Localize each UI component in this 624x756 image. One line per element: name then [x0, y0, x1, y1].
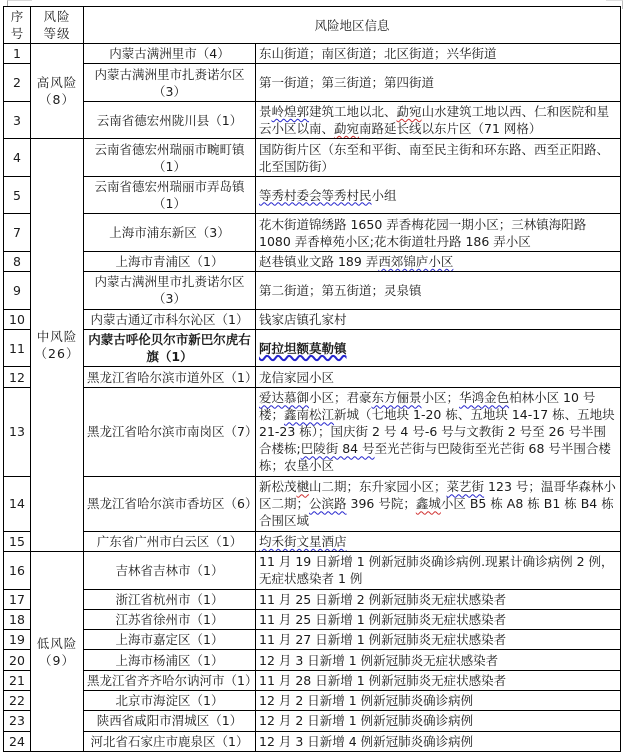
table-row: 11内蒙古呼伦贝尔市新巴尔虎右旗（1）阿拉坦额莫勒镇 [4, 329, 621, 367]
table-row: 16低风险 （9）吉林省吉林市（1）11 月 19 日新增 1 例新冠肺炎确诊病… [4, 552, 621, 590]
header-row: 序 号 风险 等级 风险地区信息 [4, 7, 621, 44]
header-risk-level: 风险 等级 [31, 7, 84, 44]
row-number-cell: 3 [4, 101, 31, 139]
region-name-cell: 黑龙江省齐齐哈尔讷河市（1） [84, 670, 256, 690]
info-text-segment: 巴陵街 84 号 [301, 441, 375, 456]
info-cell: 爱达慕御小区；君豪东方俪景小区；华鸿金色柏林小区 10 号楼；鑫南松江新城（七地… [256, 387, 621, 476]
row-number-cell: 1 [4, 44, 31, 64]
region-name-cell: 河北省石家庄市鹿泉区（1） [84, 731, 256, 751]
info-text-segment: 赵巷镇业文路 189 弄 [259, 254, 378, 269]
region-name-cell: 上海市浦东新区（3） [84, 214, 256, 252]
document-page: 序 号 风险 等级 风险地区信息 1高风险 （8）内蒙古满洲里市（4）东山街道；… [0, 0, 624, 756]
info-text-segment: 小组 [372, 188, 397, 203]
region-name-cell: 上海市嘉定区（1） [84, 630, 256, 650]
info-text-segment: 12 月 3 日新增 4 例新冠肺炎确诊病例 [259, 734, 473, 749]
info-text-segment: 第一街道；第三街道；第四街道 [259, 75, 434, 90]
info-cell: 12 月 3 日新增 4 例新冠肺炎确诊病例 [256, 731, 621, 751]
info-text-segment: 山二期；东升家园小区； [309, 479, 447, 494]
table-row: 21黑龙江省齐齐哈尔讷河市（1）11 月 28 日新增 1 例新冠肺炎无症状感染… [4, 670, 621, 690]
table-row: 24河北省石家庄市鹿泉区（1）12 月 3 日新增 4 例新冠肺炎确诊病例 [4, 731, 621, 751]
table-row: 15广东省广州市白云区（1）均禾街文星酒店 [4, 531, 621, 551]
info-text-segment: 花木街道锦绣路 1650 弄香梅花园一期小区；三林镇海阳路 1080 弄香樟苑小… [259, 217, 586, 249]
info-text-segment: 南路延长线以东片区（71 网格） [359, 121, 541, 136]
region-name-cell: 云南省德宏州陇川县（1） [84, 101, 256, 139]
info-cell: 钱家店镇孔家村 [256, 309, 621, 329]
region-name-cell: 云南省德宏州瑞丽市畹町镇（1） [84, 139, 256, 177]
row-number-cell: 23 [4, 711, 31, 731]
header-risk-area-info: 风险地区信息 [84, 7, 621, 44]
region-name-cell: 广东省广州市白云区（1） [84, 531, 256, 551]
info-text-segment: 建筑工地以北、 [309, 104, 397, 119]
region-name-cell: 内蒙古满洲里市（4） [84, 44, 256, 64]
region-name-cell: 上海市杨浦区（1） [84, 650, 256, 670]
region-name-cell: 黑龙江省哈尔滨市香坊区（6） [84, 476, 256, 531]
row-number-cell: 13 [4, 387, 31, 476]
info-text-segment: 12 月 2 日新增 1 例新冠肺炎确诊病例 [259, 693, 473, 708]
info-text-segment: 11 月 25 日新增 1 例新冠肺炎无症状感染者 [259, 612, 506, 627]
info-cell: 新松茂樾山二期；东升家园小区；菜艺街 123 号；温哥华森林小区二期；公滨路 3… [256, 476, 621, 531]
table-row: 1高风险 （8）内蒙古满洲里市（4）东山街道；南区街道；北区街道；兴华街道 [4, 44, 621, 64]
row-number-cell: 12 [4, 367, 31, 387]
row-number-cell: 9 [4, 272, 31, 310]
info-text-segment: 鑫城 [416, 496, 441, 511]
info-text-segment: 新松茂 [259, 479, 297, 494]
risk-area-table: 序 号 风险 等级 风险地区信息 1高风险 （8）内蒙古满洲里市（4）东山街道；… [3, 6, 621, 752]
risk-level-cell: 高风险 （8） [31, 44, 84, 139]
row-number-cell: 2 [4, 64, 31, 102]
info-text-segment: 华鸿金色 [459, 390, 509, 405]
region-name-cell: 上海市青浦区（1） [84, 251, 256, 271]
info-text-segment: 东山街道；南区街道；北区街道；兴华街道 [259, 46, 497, 61]
info-text-segment: 景 [259, 104, 272, 119]
region-name-cell: 黑龙江省哈尔滨市南岗区（7） [84, 387, 256, 476]
table-row: 2内蒙古满洲里市扎赉诺尔区（3）第一街道；第三街道；第四街道 [4, 64, 621, 102]
table-row: 13黑龙江省哈尔滨市南岗区（7）爱达慕御小区；君豪东方俪景小区；华鸿金色柏林小区… [4, 387, 621, 476]
region-name-cell: 内蒙古满洲里市扎赉诺尔区（3） [84, 272, 256, 310]
info-text-segment: 岭煌郭 [272, 104, 310, 119]
region-name-cell: 内蒙古呼伦贝尔市新巴尔虎右旗（1） [84, 329, 256, 367]
row-number-cell: 10 [4, 309, 31, 329]
table-row: 17浙江省杭州市（1）11 月 25 日新增 2 例新冠肺炎无症状感染者 [4, 589, 621, 609]
info-cell: 12 月 2 日新增 1 例新冠肺炎确诊病例 [256, 690, 621, 710]
row-number-cell: 16 [4, 552, 31, 590]
info-cell: 赵巷镇业文路 189 弄西郊锦庐小区 [256, 251, 621, 271]
row-number-cell: 22 [4, 690, 31, 710]
region-name-cell: 浙江省杭州市（1） [84, 589, 256, 609]
info-cell: 11 月 25 日新增 2 例新冠肺炎无症状感染者 [256, 589, 621, 609]
header-serial-number: 序 号 [4, 7, 31, 44]
row-number-cell: 19 [4, 630, 31, 650]
region-name-cell: 黑龙江省哈尔滨市道外区（1） [84, 367, 256, 387]
row-number-cell: 17 [4, 589, 31, 609]
region-name-cell: 江苏省徐州市（1） [84, 609, 256, 629]
region-name-cell: 云南省德宏州瑞丽市弄岛镇（1） [84, 176, 256, 214]
info-text-segment: 11 月 28 日新增 1 例新冠肺炎无症状感染者 [259, 673, 506, 688]
info-cell: 12 月 3 日新增 1 例新冠肺炎无症状感染者 [256, 650, 621, 670]
table-row: 3云南省德宏州陇川县（1）景岭煌郭建筑工地以北、勐宛山水建筑工地以西、仁和医院和… [4, 101, 621, 139]
info-text-segment: 第二街道；第五街道；灵泉镇 [259, 283, 422, 298]
info-cell: 11 月 19 日新增 1 例新冠肺炎确诊病例.现累计确诊病例 2 例，无症状感… [256, 552, 621, 590]
info-cell: 12 月 2 日新增 1 例新冠肺炎确诊病例 [256, 711, 621, 731]
info-cell: 均禾街文星酒店 [256, 531, 621, 551]
table-row: 22北京市海淀区（1）12 月 2 日新增 1 例新冠肺炎确诊病例 [4, 690, 621, 710]
table-row: 23陕西省咸阳市渭城区（1）12 月 2 日新增 1 例新冠肺炎确诊病例 [4, 711, 621, 731]
row-number-cell: 5 [4, 176, 31, 214]
info-text-segment: 11 月 19 日新增 1 例新冠肺炎确诊病例.现累计确诊病例 2 例，无症状感… [259, 554, 614, 586]
table-row: 8上海市青浦区（1）赵巷镇业文路 189 弄西郊锦庐小区 [4, 251, 621, 271]
info-text-segment: 菜艺街 [447, 479, 485, 494]
row-number-cell: 18 [4, 609, 31, 629]
info-text-segment: 11 月 25 日新增 2 例新冠肺炎无症状感染者 [259, 592, 506, 607]
info-cell: 11 月 25 日新增 1 例新冠肺炎无症状感染者 [256, 609, 621, 629]
risk-table-body: 序 号 风险 等级 风险地区信息 1高风险 （8）内蒙古满洲里市（4）东山街道；… [4, 7, 621, 752]
region-name-cell: 内蒙古通辽市科尔沁区（1） [84, 309, 256, 329]
table-row: 12黑龙江省哈尔滨市道外区（1）龙信家园小区 [4, 367, 621, 387]
info-text-segment: 西郊锦庐小区 [378, 254, 453, 269]
info-text-segment: 396 号院； [347, 496, 416, 511]
info-cell: 花木街道锦绣路 1650 弄香梅花园一期小区；三林镇海阳路 1080 弄香樟苑小… [256, 214, 621, 252]
info-text-segment: 12 月 3 日新增 1 例新冠肺炎无症状感染者 [259, 653, 498, 668]
info-cell: 11 月 28 日新增 1 例新冠肺炎无症状感染者 [256, 670, 621, 690]
row-number-cell: 21 [4, 670, 31, 690]
info-text-segment: 国防街片区（东至和平街、南至民主街和环东路、西至正阳路、北至国防街） [259, 142, 609, 174]
info-cell: 东山街道；南区街道；北区街道；兴华街道 [256, 44, 621, 64]
info-text-segment: 爱达慕御 [259, 390, 309, 405]
row-number-cell: 15 [4, 531, 31, 551]
info-text-segment: 小区；君豪 [309, 390, 372, 405]
row-number-cell: 24 [4, 731, 31, 751]
info-text-segment: 12 月 2 日新增 1 例新冠肺炎确诊病例 [259, 713, 473, 728]
info-text-segment: 阿拉坦额莫勒镇 [259, 341, 347, 356]
info-text-segment: 勐宛 [334, 121, 359, 136]
info-text-segment: 勐宛 [397, 104, 422, 119]
info-text-segment: 樾 [297, 479, 310, 494]
table-row: 20上海市杨浦区（1）12 月 3 日新增 1 例新冠肺炎无症状感染者 [4, 650, 621, 670]
table-row: 4中风险 （26）云南省德宏州瑞丽市畹町镇（1）国防街片区（东至和平街、南至民主… [4, 139, 621, 177]
info-text-segment: 11 月 27 日新增 1 例新冠肺炎无症状感染者 [259, 632, 506, 647]
info-text-segment: 鑫南松江 [284, 407, 334, 422]
region-name-cell: 内蒙古满洲里市扎赉诺尔区（3） [84, 64, 256, 102]
info-text-segment: 钱家店镇孔家村 [259, 312, 347, 327]
risk-level-cell: 中风险 （26） [31, 139, 84, 552]
info-text-segment: 均禾街文星酒店 [259, 534, 347, 549]
table-row: 7上海市浦东新区（3）花木街道锦绣路 1650 弄香梅花园一期小区；三林镇海阳路… [4, 214, 621, 252]
info-cell: 11 月 27 日新增 1 例新冠肺炎无症状感染者 [256, 630, 621, 650]
info-cell: 景岭煌郭建筑工地以北、勐宛山水建筑工地以西、仁和医院和星云小区以南、勐宛南路延长… [256, 101, 621, 139]
region-name-cell: 吉林省吉林市（1） [84, 552, 256, 590]
table-row: 9内蒙古满洲里市扎赉诺尔区（3）第二街道；第五街道；灵泉镇 [4, 272, 621, 310]
table-row: 19上海市嘉定区（1）11 月 27 日新增 1 例新冠肺炎无症状感染者 [4, 630, 621, 650]
table-row: 14黑龙江省哈尔滨市香坊区（6）新松茂樾山二期；东升家园小区；菜艺街 123 号… [4, 476, 621, 531]
info-cell: 阿拉坦额莫勒镇 [256, 329, 621, 367]
info-text-segment: 等秀村委会等秀村民 [259, 188, 372, 203]
info-cell: 第一街道；第三街道；第四街道 [256, 64, 621, 102]
table-row: 5云南省德宏州瑞丽市弄岛镇（1）等秀村委会等秀村民小组 [4, 176, 621, 214]
info-cell: 等秀村委会等秀村民小组 [256, 176, 621, 214]
info-text-segment: 公滨路 [309, 496, 347, 511]
info-cell: 国防街片区（东至和平街、南至民主街和环东路、西至正阳路、北至国防街） [256, 139, 621, 177]
region-name-cell: 北京市海淀区（1） [84, 690, 256, 710]
table-row: 10内蒙古通辽市科尔沁区（1）钱家店镇孔家村 [4, 309, 621, 329]
risk-level-cell: 低风险 （9） [31, 552, 84, 752]
row-number-cell: 11 [4, 329, 31, 367]
info-cell: 第二街道；第五街道；灵泉镇 [256, 272, 621, 310]
row-number-cell: 4 [4, 139, 31, 177]
info-text-segment: 龙信家园小区 [259, 370, 334, 385]
row-number-cell: 7 [4, 214, 31, 252]
row-number-cell: 8 [4, 251, 31, 271]
table-row: 18江苏省徐州市（1）11 月 25 日新增 1 例新冠肺炎无症状感染者 [4, 609, 621, 629]
info-cell: 龙信家园小区 [256, 367, 621, 387]
info-text-segment: 小区； [422, 390, 460, 405]
region-name-cell: 陕西省咸阳市渭城区（1） [84, 711, 256, 731]
row-number-cell: 14 [4, 476, 31, 531]
row-number-cell: 20 [4, 650, 31, 670]
info-text-segment: 东方俪景 [372, 390, 422, 405]
